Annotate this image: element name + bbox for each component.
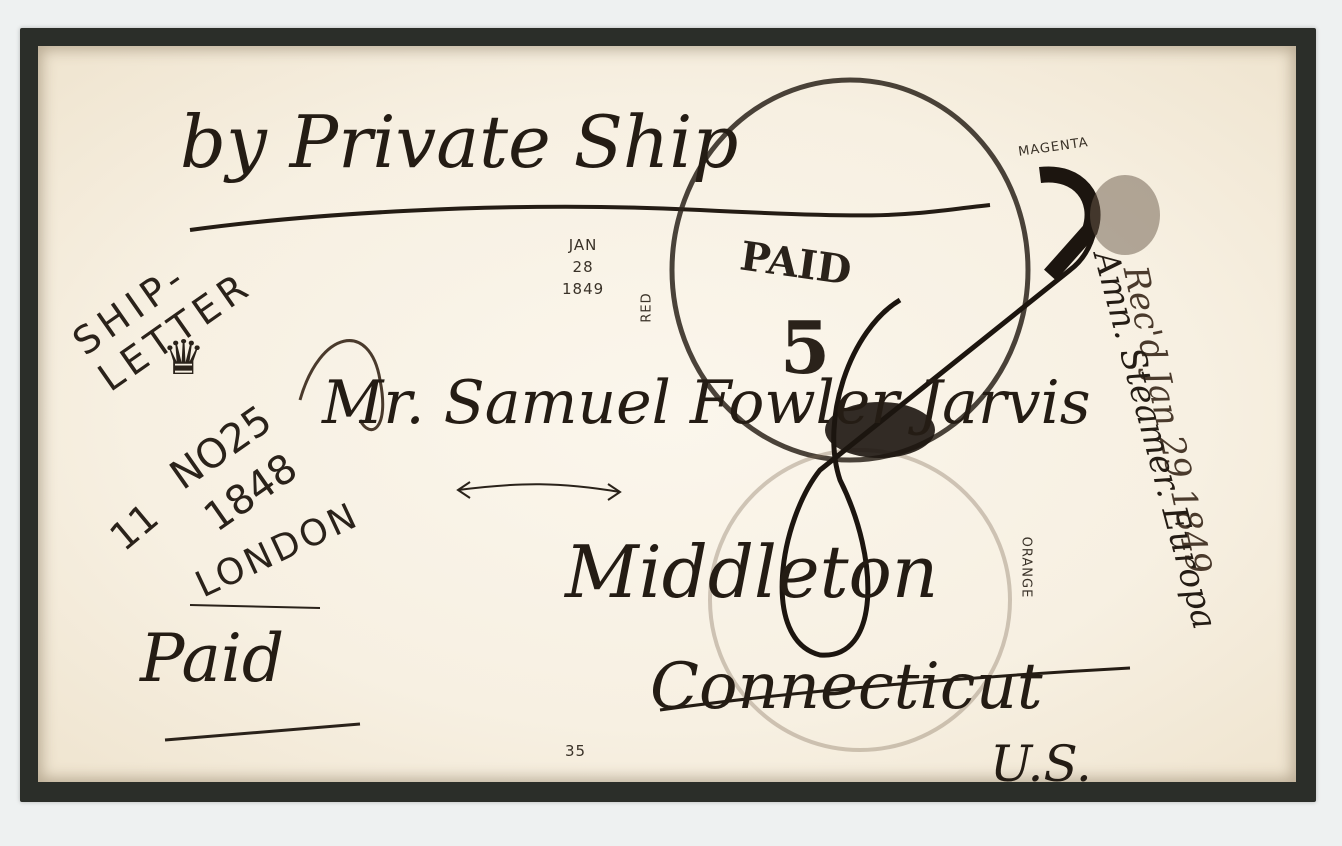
crown-icon: ♛ — [162, 330, 205, 386]
addressee-line: Mr. Samuel Fowler Jarvis — [322, 368, 1091, 438]
ship-letter-handstamp: SHIP-LETTER ♛ 11 NO25 1848 LONDON — [70, 290, 390, 600]
paid-manuscript: Paid — [140, 620, 284, 697]
country-line: U.S. — [990, 735, 1092, 793]
date-pencil-note: JAN 28 1849 — [562, 234, 604, 300]
date-note-day: 28 — [562, 256, 604, 278]
date-note-year: 1849 — [562, 278, 604, 300]
red-color-note: RED — [640, 292, 655, 322]
state-line: Connecticut — [650, 650, 1043, 724]
handstamp-prefix: 11 — [102, 495, 167, 560]
date-note-month: JAN — [562, 234, 604, 256]
page-number: 35 — [565, 742, 586, 760]
town-line: Middleton — [565, 530, 938, 614]
by-private-ship-text: by Private Ship — [180, 100, 738, 184]
orange-color-note: ORANGE — [1018, 537, 1033, 599]
